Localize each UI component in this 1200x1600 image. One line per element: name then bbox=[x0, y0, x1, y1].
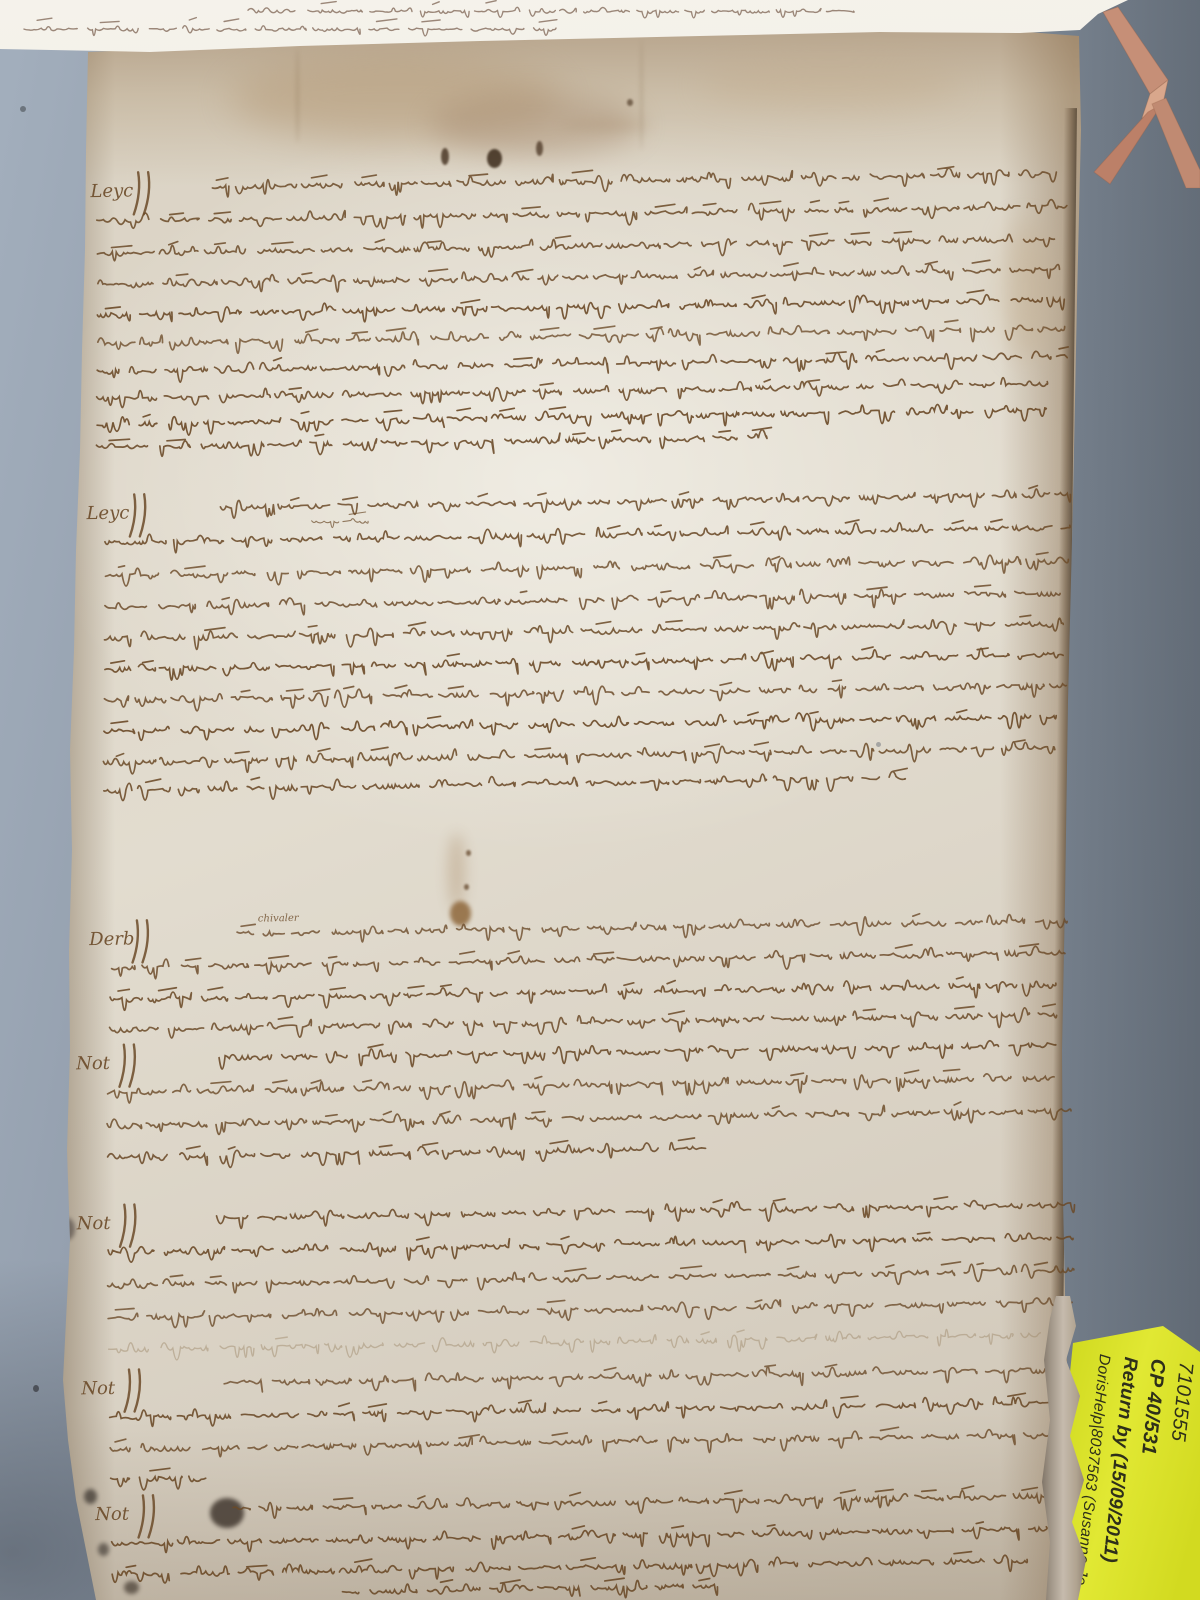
stain-mark bbox=[627, 99, 633, 106]
parchment-membrane bbox=[0, 0, 1200, 1600]
stain-mark bbox=[450, 901, 471, 926]
stain-mark bbox=[1002, 220, 1050, 360]
stain-mark bbox=[487, 149, 502, 168]
stain-mark bbox=[466, 850, 471, 856]
note-line: 7101555 bbox=[1166, 1361, 1197, 1443]
stain-mark bbox=[536, 141, 543, 156]
stain-mark bbox=[98, 1543, 109, 1556]
stain-mark bbox=[448, 833, 465, 911]
manuscript-photo: LeycLeycDerbchivalerNotNotNotNot 7101555… bbox=[0, 0, 1200, 1600]
stain-mark bbox=[464, 884, 469, 890]
stain-mark bbox=[441, 148, 449, 165]
stain-mark bbox=[640, 40, 643, 150]
stain-mark bbox=[560, 120, 650, 130]
parchment-right-edge-shading bbox=[1050, 108, 1077, 1348]
background-speck bbox=[20, 106, 26, 112]
stain-mark bbox=[700, 60, 960, 110]
stain-mark bbox=[296, 48, 299, 143]
background-speck bbox=[876, 742, 881, 747]
stain-mark bbox=[124, 1581, 139, 1594]
note-line: CP 40/531 bbox=[1136, 1358, 1169, 1456]
background-speck bbox=[33, 1385, 39, 1392]
stain-mark bbox=[60, 1218, 75, 1240]
stain-mark bbox=[210, 1498, 244, 1528]
stain-mark bbox=[84, 1489, 97, 1504]
